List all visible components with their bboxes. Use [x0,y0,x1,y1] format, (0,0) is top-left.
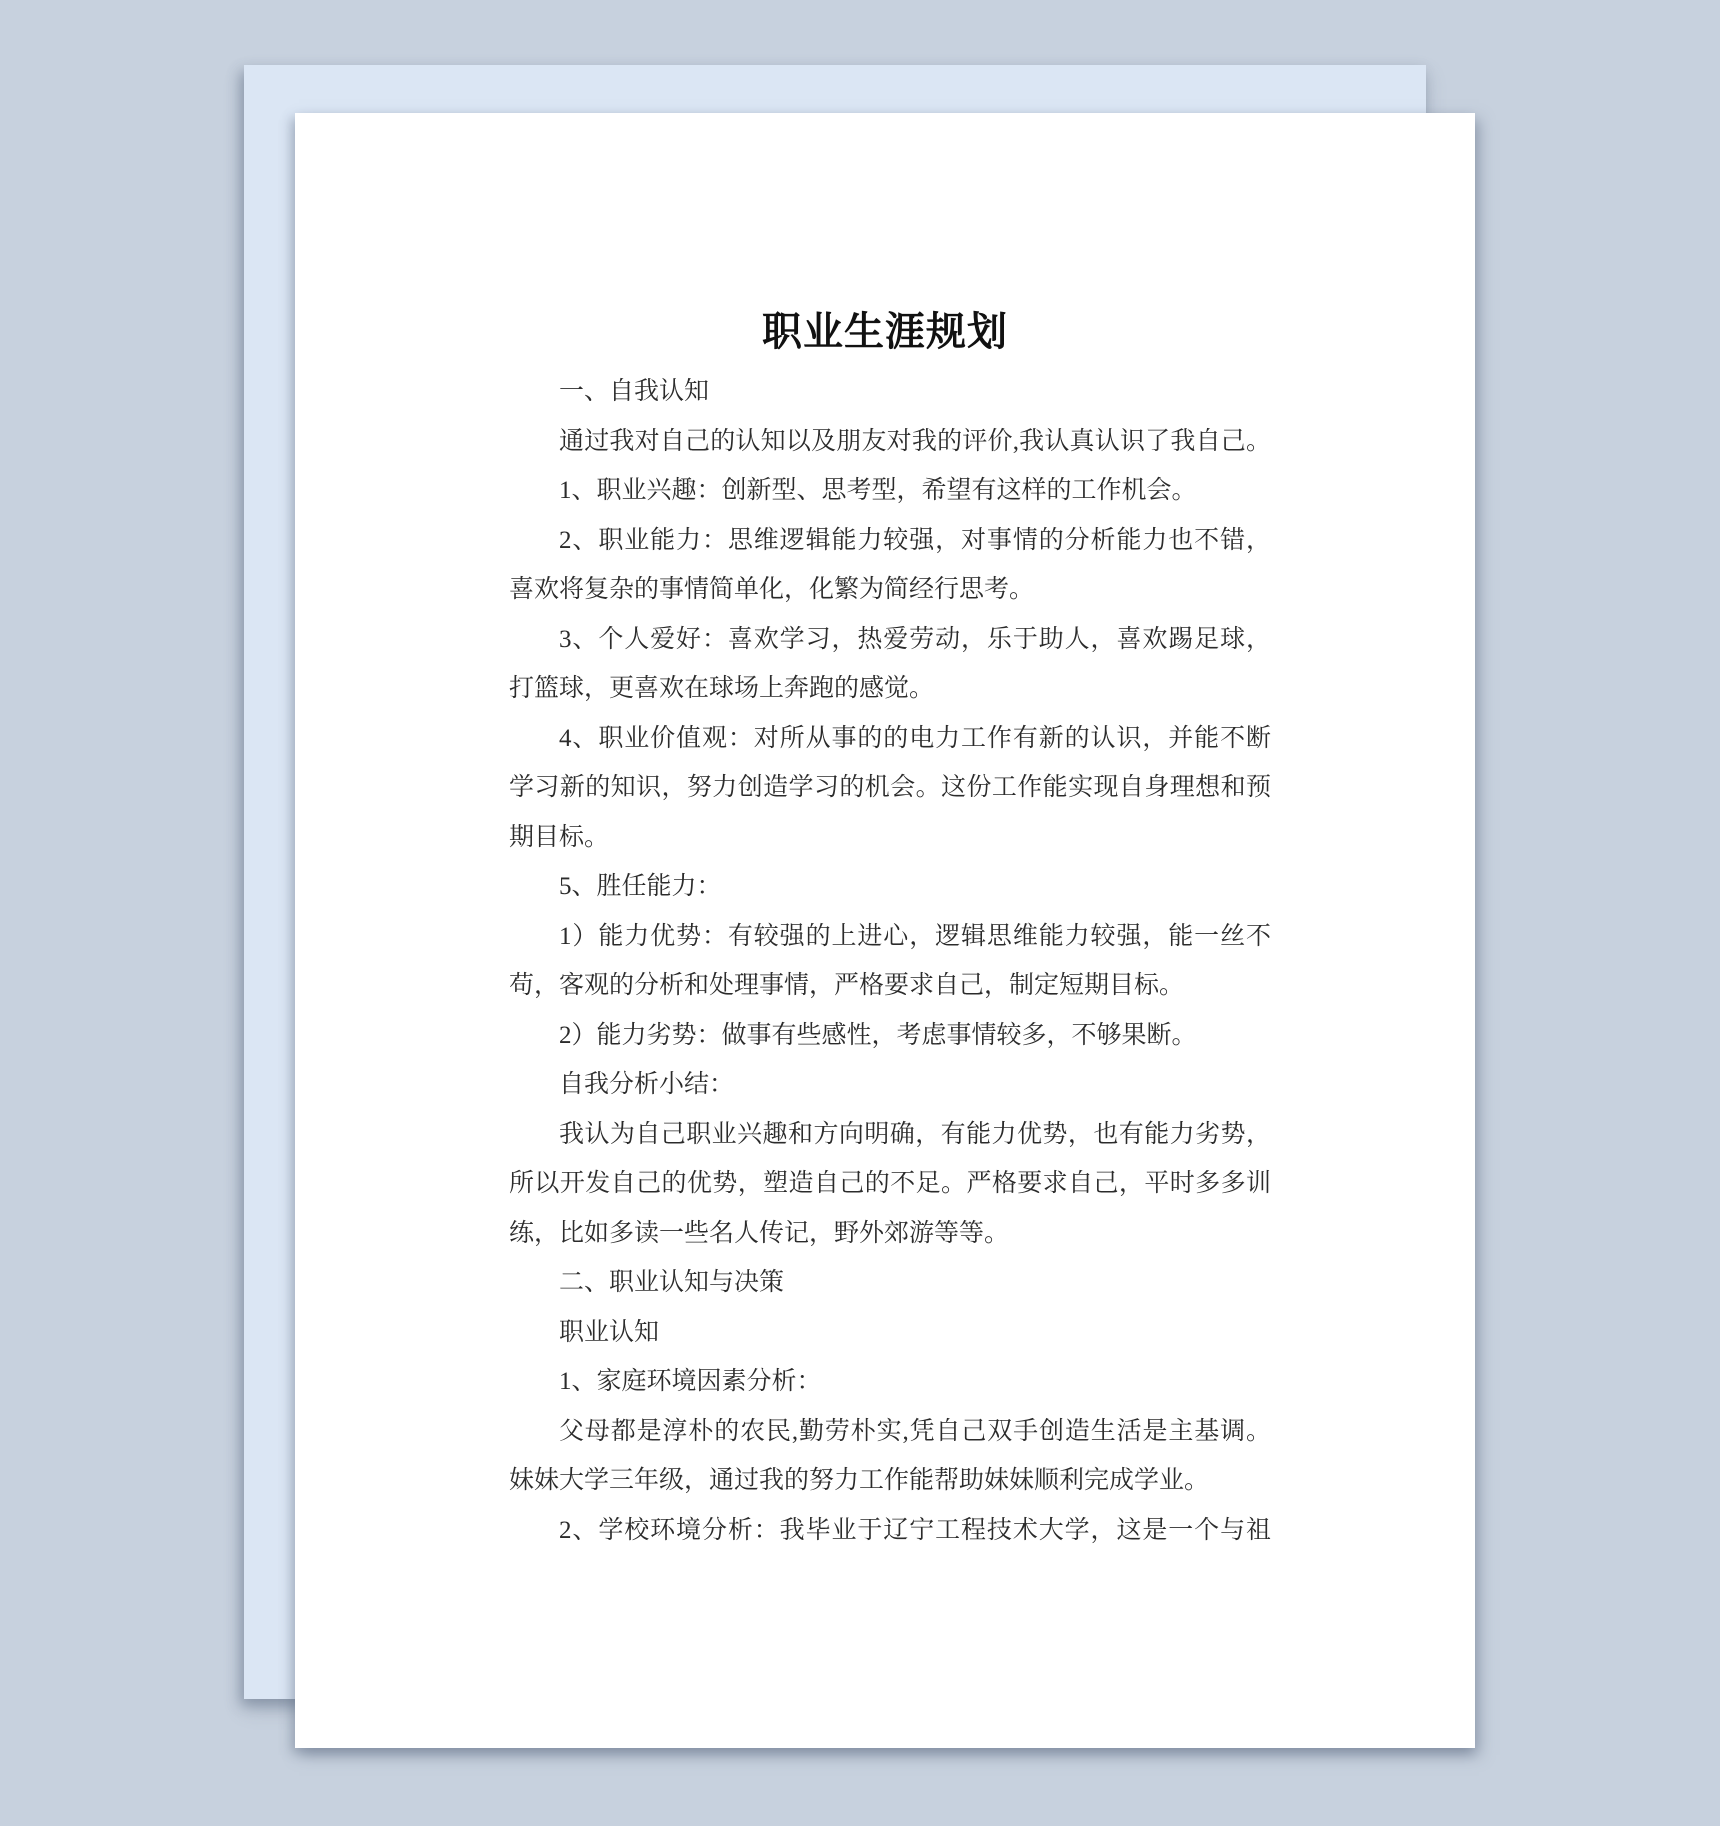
document-body: 一、自我认知通过我对自己的认知以及朋友对我的评价,我认真认识了我自己。1、职业兴… [509,367,1271,1555]
body-line: 二、职业认知与决策 [509,1258,1271,1308]
body-line: 一、自我认知 [509,367,1271,417]
body-line: 3、个人爱好：喜欢学习，热爱劳动，乐于助人，喜欢踢足球， [509,615,1271,665]
document-title: 职业生涯规划 [295,306,1475,358]
body-line: 打篮球，更喜欢在球场上奔跑的感觉。 [509,664,1271,714]
body-line: 1、职业兴趣：创新型、思考型，希望有这样的工作机会。 [509,466,1271,516]
body-line: 4、职业价值观：对所从事的的电力工作有新的认识，并能不断 [509,714,1271,764]
body-line: 妹妹大学三年级，通过我的努力工作能帮助妹妹顺利完成学业。 [509,1456,1271,1506]
front-page: 职业生涯规划 一、自我认知通过我对自己的认知以及朋友对我的评价,我认真认识了我自… [295,113,1475,1748]
body-line: 苟，客观的分析和处理事情，严格要求自己，制定短期目标。 [509,961,1271,1011]
body-line: 1）能力优势：有较强的上进心，逻辑思维能力较强，能一丝不 [509,912,1271,962]
body-line: 1、家庭环境因素分析： [509,1357,1271,1407]
body-line: 通过我对自己的认知以及朋友对我的评价,我认真认识了我自己。 [509,417,1271,467]
body-line: 练，比如多读一些名人传记，野外郊游等等。 [509,1209,1271,1259]
body-line: 2）能力劣势：做事有些感性，考虑事情较多，不够果断。 [509,1011,1271,1061]
body-line: 自我分析小结： [509,1060,1271,1110]
body-line: 5、胜任能力： [509,862,1271,912]
body-line: 期目标。 [509,813,1271,863]
body-line: 喜欢将复杂的事情简单化，化繁为简经行思考。 [509,565,1271,615]
body-line: 2、职业能力：思维逻辑能力较强，对事情的分析能力也不错， [509,516,1271,566]
body-line: 学习新的知识，努力创造学习的机会。这份工作能实现自身理想和预 [509,763,1271,813]
body-line: 父母都是淳朴的农民,勤劳朴实,凭自己双手创造生活是主基调。 [509,1407,1271,1457]
body-line: 职业认知 [509,1308,1271,1358]
body-line: 我认为自己职业兴趣和方向明确，有能力优势，也有能力劣势， [509,1110,1271,1160]
body-line: 2、学校环境分析：我毕业于辽宁工程技术大学，这是一个与祖 [509,1506,1271,1556]
document-canvas: 职业生涯规划 一、自我认知通过我对自己的认知以及朋友对我的评价,我认真认识了我自… [0,0,1720,1826]
body-line: 所以开发自己的优势，塑造自己的不足。严格要求自己，平时多多训 [509,1159,1271,1209]
